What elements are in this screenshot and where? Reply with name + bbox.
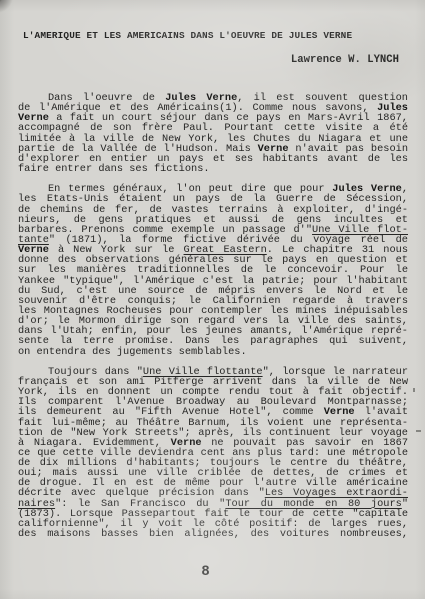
scanned-page: L'AMERIQUE ET LES AMERICAINS DANS L'OEUV… <box>0 0 425 599</box>
paragraph: En termes généraux, l'on peut dire que p… <box>18 184 408 356</box>
scan-artifact-tick <box>413 388 415 392</box>
paragraph: Dans l'oeuvre de Jules Verne, il est sou… <box>18 93 408 174</box>
text-line: des maisons basses bien alignées, des vo… <box>18 529 408 539</box>
document-title: L'AMERIQUE ET LES AMERICAINS DANS L'OEUV… <box>23 30 352 41</box>
text-run: on entendra des jugements semblables. <box>18 346 247 358</box>
document-body: Dans l'oeuvre de Jules Verne, il est sou… <box>18 93 408 549</box>
text-run: des maisons basses bien alignées, des vo… <box>18 528 408 540</box>
text-line: on entendra des jugements semblables. <box>18 347 408 357</box>
scan-artifact-dash <box>416 430 421 432</box>
text-run: faire entrer dans ses fictions. <box>18 163 210 175</box>
text-line: faire entrer dans ses fictions. <box>18 164 408 174</box>
page-number: 8 <box>0 562 411 578</box>
author-byline: Lawrence W. LYNCH <box>291 54 399 66</box>
paragraph: Toujours dans "Une Ville flottante", lor… <box>18 367 408 539</box>
